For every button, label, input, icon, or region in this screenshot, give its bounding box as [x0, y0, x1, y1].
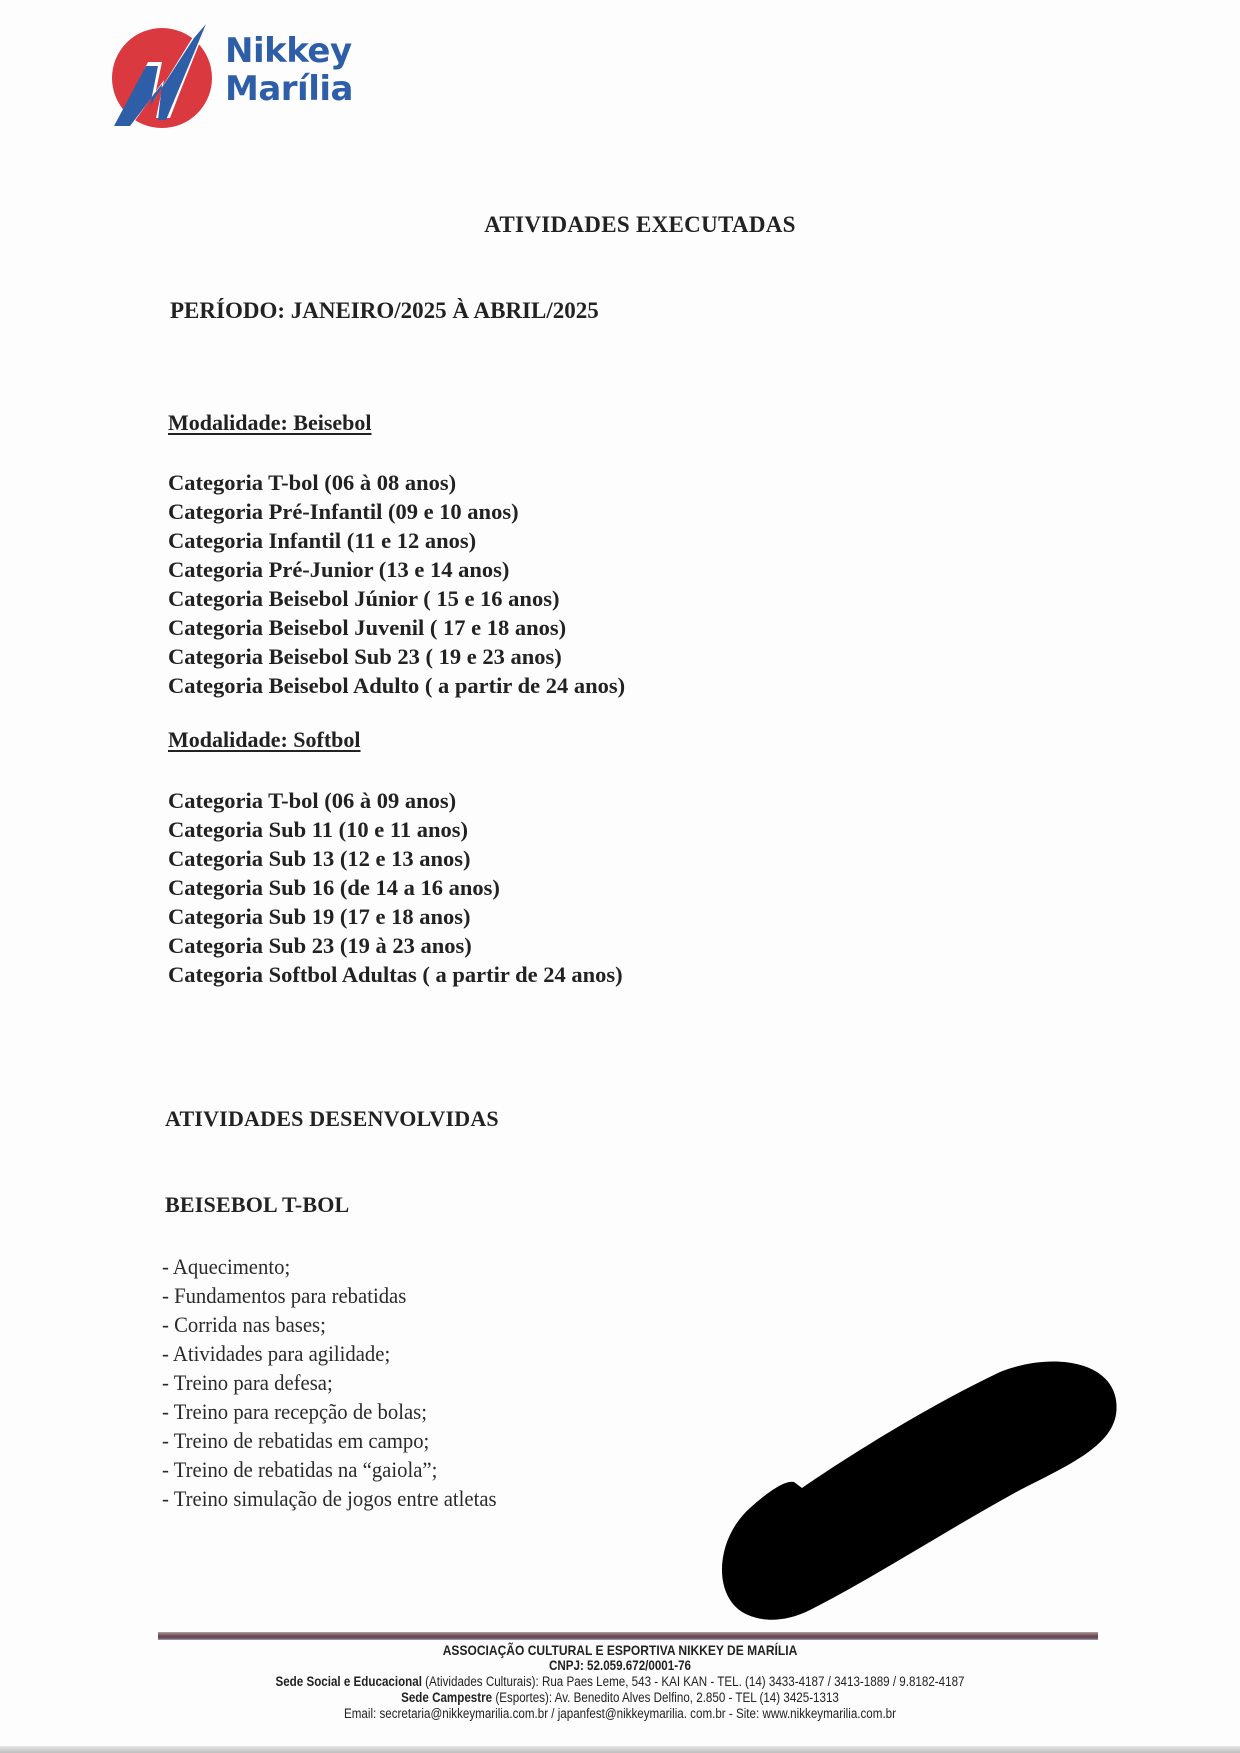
- category-item: Categoria Sub 11 (10 e 11 anos): [168, 815, 623, 844]
- category-item: Categoria Sub 19 (17 e 18 anos): [168, 902, 623, 931]
- activities-heading: ATIVIDADES DESENVOLVIDAS: [165, 1106, 499, 1132]
- sede-campestre-label: Sede Campestre: [401, 1690, 492, 1705]
- footer-cnpj: CNPJ: 52.059.672/0001-76: [87, 1658, 1153, 1674]
- activity-item: - Treino para defesa;: [162, 1368, 497, 1397]
- category-item: Categoria Pré-Junior (13 e 14 anos): [168, 555, 625, 584]
- document-title: ATIVIDADES EXECUTADAS: [0, 212, 1240, 238]
- sede-social-label: Sede Social e Educacional: [275, 1674, 421, 1689]
- activity-item: - Treino de rebatidas em campo;: [162, 1426, 497, 1455]
- activity-item: - Treino simulação de jogos entre atleta…: [162, 1484, 497, 1513]
- footer: ASSOCIAÇÃO CULTURAL E ESPORTIVA NIKKEY D…: [87, 1642, 1153, 1722]
- category-item: Categoria Sub 16 (de 14 a 16 anos): [168, 873, 623, 902]
- activity-item: - Atividades para agilidade;: [162, 1339, 497, 1368]
- nikkey-logo-icon: [110, 22, 218, 130]
- sede-campestre-text: (Esportes): Av. Benedito Alves Delfino, …: [492, 1690, 839, 1705]
- category-item: Categoria Sub 23 (19 à 23 anos): [168, 931, 623, 960]
- scan-edge: [0, 1746, 1240, 1753]
- activity-list: - Aquecimento; - Fundamentos para rebati…: [162, 1252, 497, 1513]
- category-item: Categoria Beisebol Adulto ( a partir de …: [168, 671, 625, 700]
- softbol-category-list: Categoria T-bol (06 à 09 anos) Categoria…: [168, 786, 623, 989]
- category-item: Categoria Beisebol Juvenil ( 17 e 18 ano…: [168, 613, 625, 642]
- category-item: Categoria Beisebol Sub 23 ( 19 e 23 anos…: [168, 642, 625, 671]
- footer-sede-campestre: Sede Campestre (Esportes): Av. Benedito …: [87, 1690, 1153, 1706]
- category-item: Categoria T-bol (06 à 09 anos): [168, 786, 623, 815]
- nikkey-marilia-logo: Nikkey Marília: [110, 22, 380, 132]
- activity-item: - Treino de rebatidas na “gaiola”;: [162, 1455, 497, 1484]
- category-item: Categoria Pré-Infantil (09 e 10 anos): [168, 497, 625, 526]
- footer-organization: ASSOCIAÇÃO CULTURAL E ESPORTIVA NIKKEY D…: [87, 1642, 1153, 1658]
- category-item: Categoria Sub 13 (12 e 13 anos): [168, 844, 623, 873]
- footer-divider: [158, 1632, 1098, 1640]
- activity-item: - Fundamentos para rebatidas: [162, 1281, 497, 1310]
- period-heading: PERÍODO: JANEIRO/2025 À ABRIL/2025: [170, 298, 599, 324]
- category-item: Categoria Beisebol Júnior ( 15 e 16 anos…: [168, 584, 625, 613]
- beisebol-category-list: Categoria T-bol (06 à 08 anos) Categoria…: [168, 468, 625, 700]
- modality-heading-beisebol: Modalidade: Beisebol: [168, 410, 372, 436]
- category-item: Categoria T-bol (06 à 08 anos): [168, 468, 625, 497]
- category-item: Categoria Softbol Adultas ( a partir de …: [168, 960, 623, 989]
- redacted-signature: [720, 1360, 1120, 1620]
- footer-contact: Email: secretaria@nikkeymarilia.com.br /…: [87, 1706, 1153, 1722]
- subsection-heading: BEISEBOL T-BOL: [165, 1192, 349, 1218]
- activity-item: - Corrida nas bases;: [162, 1310, 497, 1339]
- category-item: Categoria Infantil (11 e 12 anos): [168, 526, 625, 555]
- activity-item: - Treino para recepção de bolas;: [162, 1397, 497, 1426]
- footer-sede-social: Sede Social e Educacional (Atividades Cu…: [87, 1674, 1153, 1690]
- sede-social-text: (Atividades Culturais): Rua Paes Leme, 5…: [422, 1674, 965, 1689]
- logo-line-1: Nikkey: [225, 32, 353, 70]
- activity-item: - Aquecimento;: [162, 1252, 497, 1281]
- logo-line-2: Marília: [225, 70, 353, 108]
- modality-heading-softbol: Modalidade: Softbol: [168, 727, 361, 753]
